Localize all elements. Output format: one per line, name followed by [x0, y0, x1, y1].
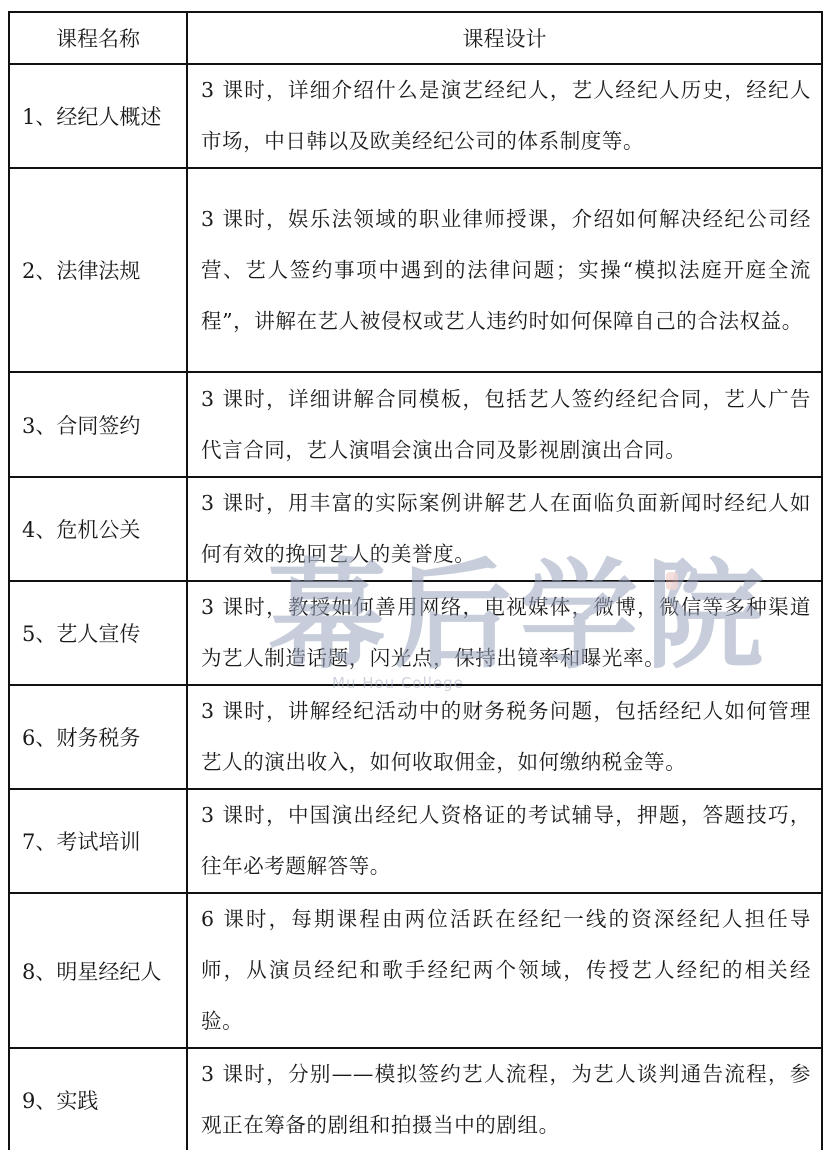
- course-design-cell: 3 课时，用丰富的实际案例讲解艺人在面临负面新闻时经纪人如何有效的挽回艺人的美誉…: [187, 477, 822, 581]
- course-design-cell: 3 课时，分别——模拟签约艺人流程，为艺人谈判通告流程，参观正在筹备的剧组和拍摄…: [187, 1048, 822, 1150]
- course-name-cell: 1、经纪人概述: [9, 64, 187, 168]
- course-table: 课程名称 课程设计 1、经纪人概述 3 课时，详细介绍什么是演艺经纪人，艺人经纪…: [8, 11, 823, 1150]
- table-row: 7、考试培训 3 课时，中国演出经纪人资格证的考试辅导，押题，答题技巧，往年必考…: [9, 789, 822, 893]
- table-row: 8、明星经纪人 6 课时，每期课程由两位活跃在经纪一线的资深经纪人担任导师，从演…: [9, 893, 822, 1048]
- course-name-cell: 4、危机公关: [9, 477, 187, 581]
- table-row: 4、危机公关 3 课时，用丰富的实际案例讲解艺人在面临负面新闻时经纪人如何有效的…: [9, 477, 822, 581]
- course-design-cell: 3 课时，教授如何善用网络，电视媒体，微博，微信等多种渠道为艺人制造话题，闪光点…: [187, 581, 822, 685]
- table-row: 2、法律法规 3 课时，娱乐法领域的职业律师授课，介绍如何解决经纪公司经营、艺人…: [9, 168, 822, 372]
- course-name-cell: 2、法律法规: [9, 168, 187, 372]
- course-name-cell: 5、艺人宣传: [9, 581, 187, 685]
- table-row: 9、实践 3 课时，分别——模拟签约艺人流程，为艺人谈判通告流程，参观正在筹备的…: [9, 1048, 822, 1150]
- course-name-cell: 8、明星经纪人: [9, 893, 187, 1048]
- course-design-cell: 3 课时，详细讲解合同模板，包括艺人签约经纪合同，艺人广告代言合同，艺人演唱会演…: [187, 372, 822, 477]
- course-design-cell: 3 课时，讲解经纪活动中的财务税务问题，包括经纪人如何管理艺人的演出收入，如何收…: [187, 685, 822, 789]
- table-row: 6、财务税务 3 课时，讲解经纪活动中的财务税务问题，包括经纪人如何管理艺人的演…: [9, 685, 822, 789]
- table-header-row: 课程名称 课程设计: [9, 12, 822, 64]
- course-design-cell: 3 课时，娱乐法领域的职业律师授课，介绍如何解决经纪公司经营、艺人签约事项中遇到…: [187, 168, 822, 372]
- course-name-cell: 9、实践: [9, 1048, 187, 1150]
- header-course-name: 课程名称: [9, 12, 187, 64]
- course-name-cell: 7、考试培训: [9, 789, 187, 893]
- course-design-cell: 6 课时，每期课程由两位活跃在经纪一线的资深经纪人担任导师，从演员经纪和歌手经纪…: [187, 893, 822, 1048]
- table-row: 3、合同签约 3 课时，详细讲解合同模板，包括艺人签约经纪合同，艺人广告代言合同…: [9, 372, 822, 477]
- course-name-cell: 3、合同签约: [9, 372, 187, 477]
- course-design-cell: 3 课时，详细介绍什么是演艺经纪人，艺人经纪人历史，经纪人市场，中日韩以及欧美经…: [187, 64, 822, 168]
- header-course-design: 课程设计: [187, 12, 822, 64]
- course-design-cell: 3 课时，中国演出经纪人资格证的考试辅导，押题，答题技巧，往年必考题解答等。: [187, 789, 822, 893]
- table-row: 5、艺人宣传 3 课时，教授如何善用网络，电视媒体，微博，微信等多种渠道为艺人制…: [9, 581, 822, 685]
- table-row: 1、经纪人概述 3 课时，详细介绍什么是演艺经纪人，艺人经纪人历史，经纪人市场，…: [9, 64, 822, 168]
- course-name-cell: 6、财务税务: [9, 685, 187, 789]
